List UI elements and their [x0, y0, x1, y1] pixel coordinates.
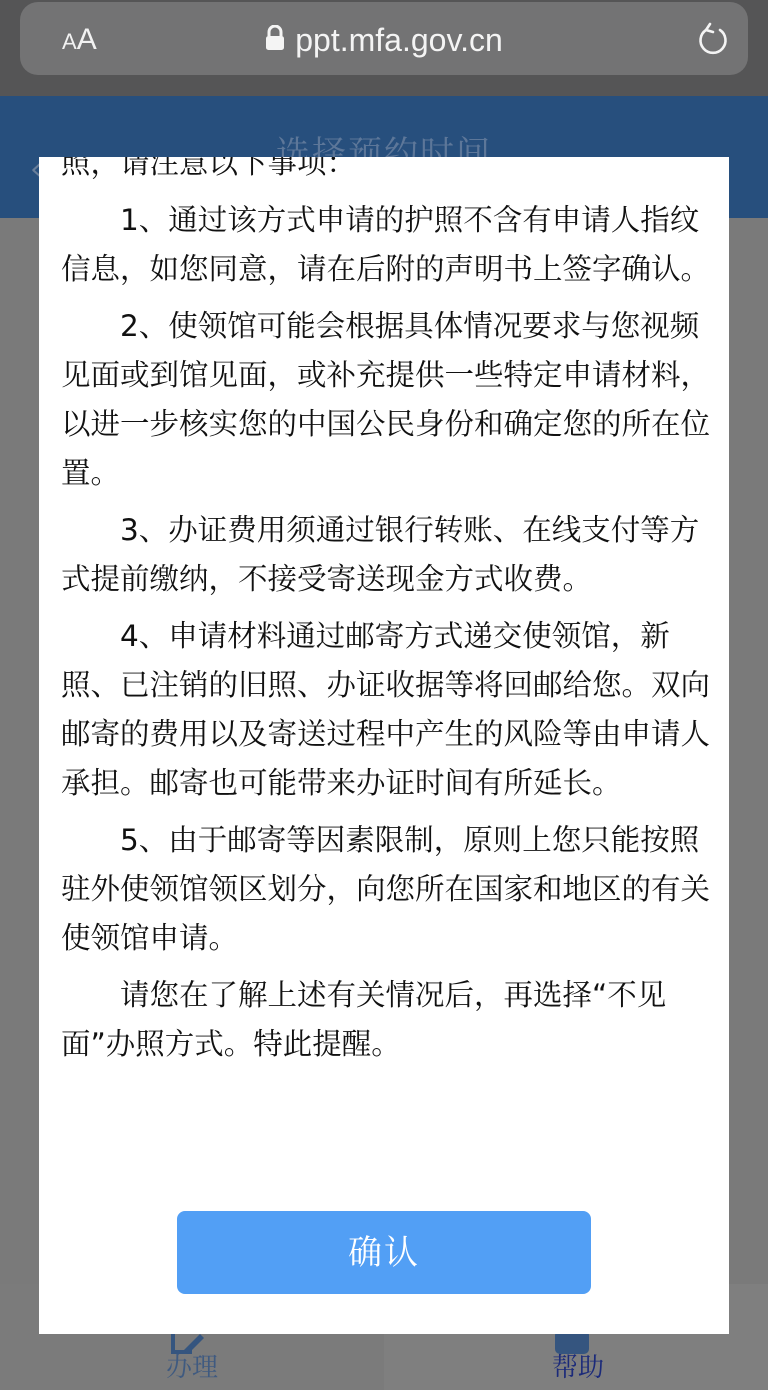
tab-label-handle: 办理 [166, 1352, 218, 1384]
intro-text: 照，请注意以下事项： [61, 157, 711, 188]
tab-label-help: 帮助 [552, 1352, 604, 1384]
notice-item-5: 5、由于邮寄等因素限制，原则上您只能按照驻外使领馆领区划分，向您所在国家和地区的… [61, 816, 711, 963]
notice-dialog: 照，请注意以下事项： 1、通过该方式申请的护照不含有申请人指纹信息，如您同意，请… [39, 157, 729, 1334]
dialog-scroll-content[interactable]: 照，请注意以下事项： 1、通过该方式申请的护照不含有申请人指纹信息，如您同意，请… [61, 157, 711, 1077]
reload-icon[interactable] [696, 21, 730, 61]
url-text: ppt.mfa.gov.cn [295, 22, 503, 58]
notice-item-4: 4、申请材料通过邮寄方式递交使领馆，新照、已注销的旧照、办证收据等将回邮给您。双… [61, 612, 711, 808]
address-bar[interactable]: AA ppt.mfa.gov.cn [20, 2, 748, 75]
url-display[interactable]: ppt.mfa.gov.cn [20, 20, 748, 60]
lock-icon [265, 20, 285, 60]
confirm-button[interactable]: 确认 [177, 1211, 591, 1294]
browser-toolbar: AA ppt.mfa.gov.cn [0, 0, 768, 96]
notice-item-2: 2、使领馆可能会根据具体情况要求与您视频见面或到馆见面，或补充提供一些特定申请材… [61, 302, 711, 498]
closing-reminder: 请您在了解上述有关情况后，再选择“不见面”办照方式。特此提醒。 [61, 971, 711, 1069]
notice-item-1: 1、通过该方式申请的护照不含有申请人指纹信息，如您同意，请在后附的声明书上签字确… [61, 196, 711, 294]
notice-item-3: 3、办证费用须通过银行转账、在线支付等方式提前缴纳，不接受寄送现金方式收费。 [61, 506, 711, 604]
